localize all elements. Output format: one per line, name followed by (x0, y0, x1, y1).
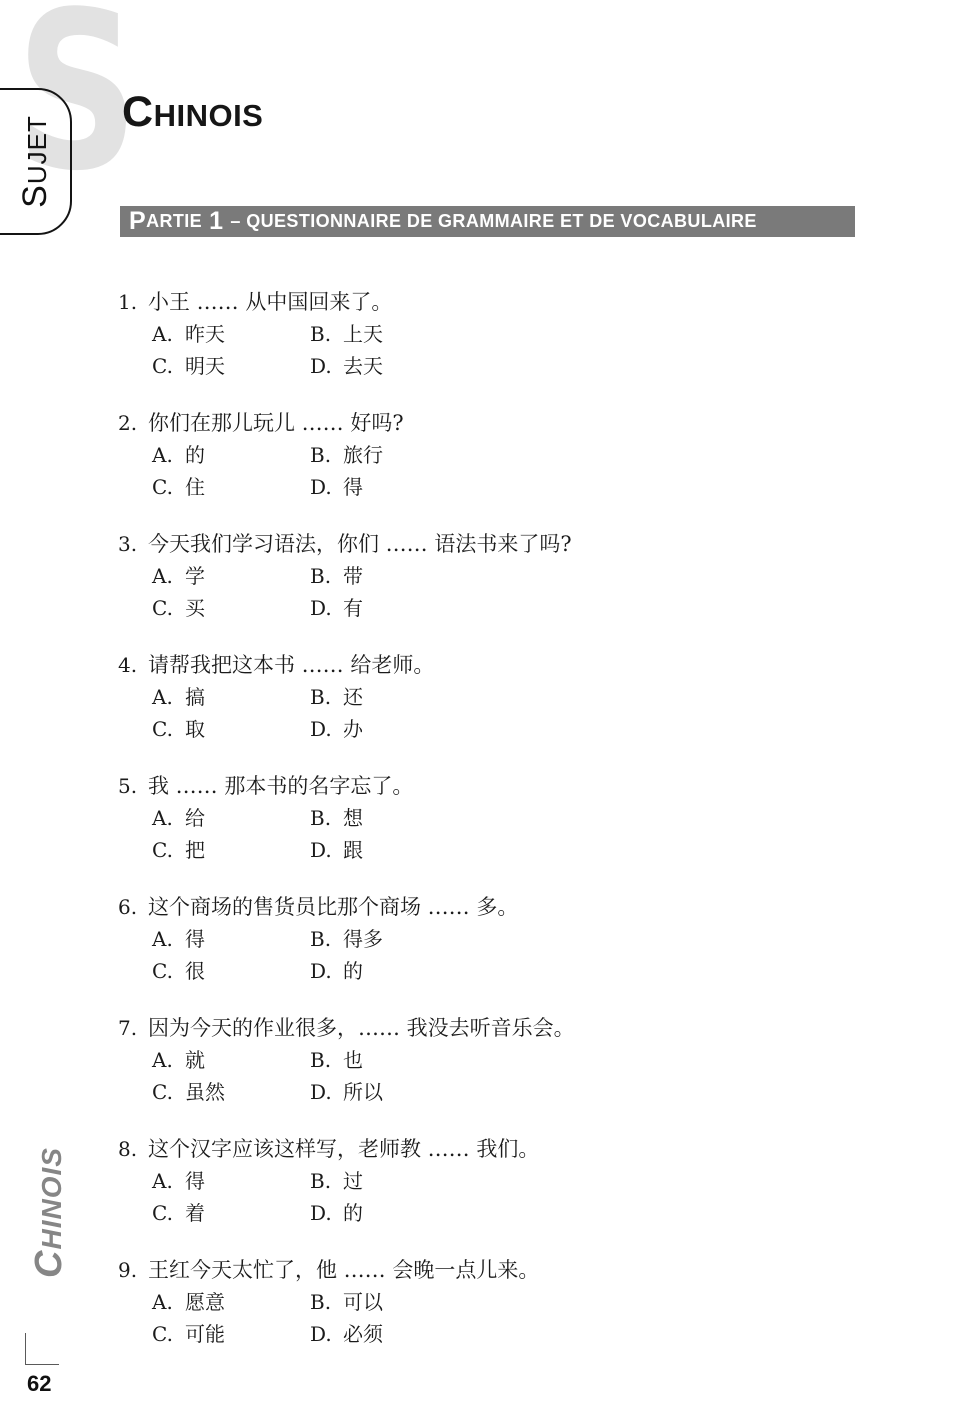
option-b: B.也 (310, 1044, 363, 1076)
option-a-letter: A. (152, 681, 185, 713)
option-c-letter: C. (152, 1076, 185, 1108)
banner-part-number: 1 (209, 207, 223, 236)
option-d: D.得 (310, 471, 363, 503)
option-a: A.愿意 (152, 1286, 310, 1318)
option-c: C.明天 (152, 350, 310, 382)
question-line: 4. 请帮我把这本书 …… 给老师。 (118, 649, 898, 681)
banner-part1-rest: ARTIE (146, 211, 202, 232)
question-line: 2. 你们在那儿玩儿 …… 好吗? (118, 407, 898, 439)
option-c-text: 虽然 (185, 1076, 225, 1108)
option-row-ab: A.学 B.带 (152, 560, 898, 592)
option-b: B.上天 (310, 318, 383, 350)
option-a-text: 得 (185, 923, 205, 955)
option-d: D.必须 (310, 1318, 383, 1350)
option-row-ab: A.搞 B.还 (152, 681, 898, 713)
option-a: A.的 (152, 439, 310, 471)
option-row-ab: A.得 B.得多 (152, 923, 898, 955)
option-d: D.所以 (310, 1076, 383, 1108)
option-a-text: 给 (185, 802, 205, 834)
option-b-text: 可以 (343, 1286, 383, 1318)
question-number: 1. (118, 286, 148, 318)
option-d-letter: D. (310, 1318, 343, 1350)
option-d-text: 办 (343, 713, 363, 745)
option-b: B.得多 (310, 923, 383, 955)
page-title-rest: HINOIS (154, 98, 264, 133)
option-c-letter: C. (152, 1197, 185, 1229)
option-a-letter: A. (152, 1165, 185, 1197)
option-c-letter: C. (152, 955, 185, 987)
option-b: B.还 (310, 681, 363, 713)
question-line: 6. 这个商场的售货员比那个商场 …… 多。 (118, 891, 898, 923)
option-row-ab: A.愿意 B.可以 (152, 1286, 898, 1318)
sidebar-chapter-label-initial: C (28, 1249, 70, 1277)
question-line: 1. 小王 …… 从中国回来了。 (118, 286, 898, 318)
option-row-cd: C.虽然 D.所以 (152, 1076, 898, 1108)
option-d-letter: D. (310, 592, 343, 624)
option-c-letter: C. (152, 834, 185, 866)
option-b-text: 还 (343, 681, 363, 713)
option-d: D.办 (310, 713, 363, 745)
option-b-text: 想 (343, 802, 363, 834)
question-line: 9. 王红今天太忙了，他 …… 会晚一点儿来。 (118, 1254, 898, 1286)
question-line: 3. 今天我们学习语法，你们 …… 语法书来了吗? (118, 528, 898, 560)
option-c-letter: C. (152, 713, 185, 745)
option-d: D.有 (310, 592, 363, 624)
question-block: 6. 这个商场的售货员比那个商场 …… 多。 A.得 B.得多 C.很 D.的 (118, 891, 898, 987)
question-line: 8. 这个汉字应该这样写，老师教 …… 我们。 (118, 1133, 898, 1165)
sujet-tab-label-rest: UJET (22, 115, 52, 184)
sujet-tab-label: SUJET (16, 115, 55, 208)
option-row-cd: C.很 D.的 (152, 955, 898, 987)
question-block: 9. 王红今天太忙了，他 …… 会晚一点儿来。 A.愿意 B.可以 C.可能 D… (118, 1254, 898, 1350)
option-d-text: 所以 (343, 1076, 383, 1108)
question-number: 4. (118, 649, 148, 681)
option-d: D.跟 (310, 834, 363, 866)
corner-mark (25, 1333, 59, 1365)
question-number: 9. (118, 1254, 148, 1286)
option-d-text: 的 (343, 1197, 363, 1229)
sidebar-chapter-label-rest: HINOIS (36, 1147, 67, 1249)
question-text: 王红今天太忙了，他 …… 会晚一点儿来。 (148, 1254, 539, 1286)
option-row-ab: A.得 B.过 (152, 1165, 898, 1197)
option-c: C.住 (152, 471, 310, 503)
sidebar-chapter-label-wrap: CHINOIS (26, 1130, 72, 1294)
option-a-text: 愿意 (185, 1286, 225, 1318)
option-a-text: 的 (185, 439, 205, 471)
option-b-text: 得多 (343, 923, 383, 955)
question-text: 这个汉字应该这样写，老师教 …… 我们。 (148, 1133, 539, 1165)
option-b: B.带 (310, 560, 363, 592)
questions-list: 1. 小王 …… 从中国回来了。 A.昨天 B.上天 C.明天 D.去天 (118, 286, 898, 1375)
option-b: B.过 (310, 1165, 363, 1197)
option-a: A.学 (152, 560, 310, 592)
option-d-letter: D. (310, 350, 343, 382)
banner-part1-initial: P (129, 207, 146, 236)
option-a-letter: A. (152, 560, 185, 592)
question-number: 8. (118, 1133, 148, 1165)
option-b-letter: B. (310, 560, 343, 592)
option-d-letter: D. (310, 955, 343, 987)
question-block: 4. 请帮我把这本书 …… 给老师。 A.搞 B.还 C.取 D.办 (118, 649, 898, 745)
option-row-cd: C.把 D.跟 (152, 834, 898, 866)
option-c-text: 很 (185, 955, 205, 987)
exam-page: S SUJET CHINOIS PARTIE1– QUESTIONNAIRE D… (0, 0, 974, 1417)
option-b-letter: B. (310, 439, 343, 471)
option-d-text: 得 (343, 471, 363, 503)
option-c: C.取 (152, 713, 310, 745)
question-text: 今天我们学习语法，你们 …… 语法书来了吗? (148, 528, 572, 560)
banner-subtitle: – QUESTIONNAIRE DE GRAMMAIRE ET DE VOCAB… (230, 211, 756, 232)
section-banner: PARTIE1– QUESTIONNAIRE DE GRAMMAIRE ET D… (120, 206, 855, 237)
option-b-text: 旅行 (343, 439, 383, 471)
question-block: 2. 你们在那儿玩儿 …… 好吗? A.的 B.旅行 C.住 D.得 (118, 407, 898, 503)
question-line: 7. 因为今天的作业很多，…… 我没去听音乐会。 (118, 1012, 898, 1044)
option-c-letter: C. (152, 471, 185, 503)
option-b-letter: B. (310, 1165, 343, 1197)
option-c-letter: C. (152, 350, 185, 382)
option-d: D.去天 (310, 350, 383, 382)
option-d-text: 跟 (343, 834, 363, 866)
option-b-letter: B. (310, 802, 343, 834)
option-a-letter: A. (152, 1286, 185, 1318)
question-block: 7. 因为今天的作业很多，…… 我没去听音乐会。 A.就 B.也 C.虽然 D.… (118, 1012, 898, 1108)
option-d-letter: D. (310, 1076, 343, 1108)
question-number: 5. (118, 770, 148, 802)
question-block: 1. 小王 …… 从中国回来了。 A.昨天 B.上天 C.明天 D.去天 (118, 286, 898, 382)
option-c-text: 着 (185, 1197, 205, 1229)
option-d-letter: D. (310, 713, 343, 745)
question-text: 小王 …… 从中国回来了。 (148, 286, 392, 318)
question-number: 3. (118, 528, 148, 560)
option-c: C.把 (152, 834, 310, 866)
option-c-text: 住 (185, 471, 205, 503)
option-a-letter: A. (152, 439, 185, 471)
option-c: C.很 (152, 955, 310, 987)
option-row-ab: A.给 B.想 (152, 802, 898, 834)
question-text: 请帮我把这本书 …… 给老师。 (148, 649, 434, 681)
page-title: CHINOIS (122, 88, 263, 137)
option-row-cd: C.住 D.得 (152, 471, 898, 503)
option-a-letter: A. (152, 802, 185, 834)
sidebar-chapter-label: CHINOIS (28, 1147, 71, 1278)
option-b-text: 也 (343, 1044, 363, 1076)
option-row-ab: A.就 B.也 (152, 1044, 898, 1076)
question-text: 这个商场的售货员比那个商场 …… 多。 (148, 891, 518, 923)
option-d: D.的 (310, 1197, 363, 1229)
option-a: A.得 (152, 1165, 310, 1197)
option-c-text: 可能 (185, 1318, 225, 1350)
option-c-letter: C. (152, 1318, 185, 1350)
option-c-letter: C. (152, 592, 185, 624)
question-number: 2. (118, 407, 148, 439)
question-block: 5. 我 …… 那本书的名字忘了。 A.给 B.想 C.把 D.跟 (118, 770, 898, 866)
page-number: 62 (27, 1371, 51, 1397)
option-a: A.就 (152, 1044, 310, 1076)
option-b: B.旅行 (310, 439, 383, 471)
option-c-text: 取 (185, 713, 205, 745)
option-c: C.虽然 (152, 1076, 310, 1108)
option-row-cd: C.买 D.有 (152, 592, 898, 624)
option-row-ab: A.的 B.旅行 (152, 439, 898, 471)
option-c: C.买 (152, 592, 310, 624)
option-row-cd: C.明天 D.去天 (152, 350, 898, 382)
option-c: C.着 (152, 1197, 310, 1229)
question-text: 因为今天的作业很多，…… 我没去听音乐会。 (148, 1012, 575, 1044)
option-b-text: 上天 (343, 318, 383, 350)
option-d-letter: D. (310, 1197, 343, 1229)
option-b-text: 带 (343, 560, 363, 592)
question-text: 我 …… 那本书的名字忘了。 (148, 770, 413, 802)
option-a-text: 就 (185, 1044, 205, 1076)
page-title-initial: C (122, 88, 154, 136)
option-row-cd: C.着 D.的 (152, 1197, 898, 1229)
option-d: D.的 (310, 955, 363, 987)
option-c-text: 明天 (185, 350, 225, 382)
question-text: 你们在那儿玩儿 …… 好吗? (148, 407, 404, 439)
question-block: 3. 今天我们学习语法，你们 …… 语法书来了吗? A.学 B.带 C.买 D.… (118, 528, 898, 624)
option-a-letter: A. (152, 1044, 185, 1076)
option-row-cd: C.可能 D.必须 (152, 1318, 898, 1350)
question-block: 8. 这个汉字应该这样写，老师教 …… 我们。 A.得 B.过 C.着 D.的 (118, 1133, 898, 1229)
option-a: A.得 (152, 923, 310, 955)
option-row-ab: A.昨天 B.上天 (152, 318, 898, 350)
option-d-text: 必须 (343, 1318, 383, 1350)
option-b-letter: B. (310, 923, 343, 955)
option-b: B.想 (310, 802, 363, 834)
option-a-text: 昨天 (185, 318, 225, 350)
option-b-text: 过 (343, 1165, 363, 1197)
question-line: 5. 我 …… 那本书的名字忘了。 (118, 770, 898, 802)
option-a-letter: A. (152, 318, 185, 350)
sujet-tab: SUJET (0, 88, 70, 235)
option-b: B.可以 (310, 1286, 383, 1318)
option-d-text: 去天 (343, 350, 383, 382)
option-c-text: 买 (185, 592, 205, 624)
option-c: C.可能 (152, 1318, 310, 1350)
option-a: A.昨天 (152, 318, 310, 350)
sujet-tab-label-initial: S (16, 184, 54, 208)
option-b-letter: B. (310, 1286, 343, 1318)
option-d-text: 的 (343, 955, 363, 987)
option-a-text: 得 (185, 1165, 205, 1197)
option-b-letter: B. (310, 318, 343, 350)
option-a: A.搞 (152, 681, 310, 713)
question-number: 6. (118, 891, 148, 923)
question-number: 7. (118, 1012, 148, 1044)
option-a: A.给 (152, 802, 310, 834)
option-a-text: 搞 (185, 681, 205, 713)
option-a-letter: A. (152, 923, 185, 955)
option-c-text: 把 (185, 834, 205, 866)
option-d-letter: D. (310, 834, 343, 866)
option-b-letter: B. (310, 1044, 343, 1076)
option-a-text: 学 (185, 560, 205, 592)
option-b-letter: B. (310, 681, 343, 713)
option-d-letter: D. (310, 471, 343, 503)
option-d-text: 有 (343, 592, 363, 624)
option-row-cd: C.取 D.办 (152, 713, 898, 745)
